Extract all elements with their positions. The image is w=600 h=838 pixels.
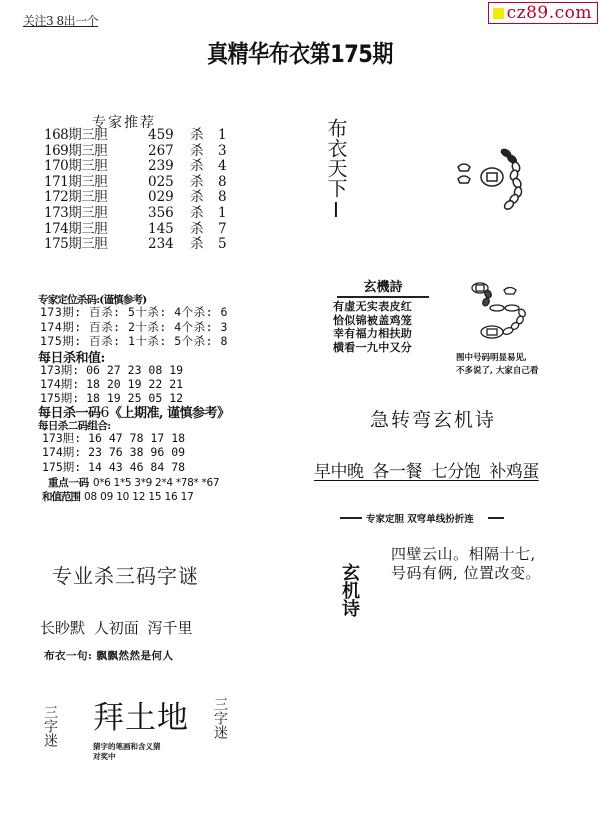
kill-label: 杀	[190, 190, 218, 206]
period: 172期三胆	[44, 190, 148, 206]
expert-dan-text: 专家定胆 双穹单线扮折连	[366, 511, 474, 525]
kill-value: 1	[218, 206, 227, 222]
sum-range-value: 08 09 10 12 15 16 17	[84, 491, 194, 503]
list-item: 174期: 23 76 38 96 09	[42, 445, 185, 459]
kill-value: 7	[218, 222, 227, 238]
period: 175期三胆	[44, 237, 148, 253]
period: 170期三胆	[44, 159, 148, 175]
key-one-code: 重点一码0*6 1*5 3*9 2*4 *78* *67	[48, 475, 219, 490]
list-item: 174期三胆145杀7	[44, 222, 227, 238]
expert-dan-line: 专家定胆 双穹单线扮折连	[340, 511, 504, 525]
nums: 459	[148, 128, 190, 144]
period: 173期三胆	[44, 206, 148, 222]
sum-range: 和值范围08 09 10 12 15 16 17	[42, 489, 194, 504]
nums: 356	[148, 206, 190, 222]
coin-chain-number-illustration	[470, 280, 540, 345]
buyi-line: 布衣一句: 飘飘然然是何人	[44, 648, 174, 663]
kill-label: 杀	[190, 175, 218, 191]
kill-value: 5	[218, 237, 227, 253]
nums: 029	[148, 190, 190, 206]
period: 171期三胆	[44, 175, 148, 191]
list-item: 169期三胆267杀3	[44, 144, 227, 160]
expert-recommend-list: 168期三胆459杀1 169期三胆267杀3 170期三胆239杀4 171期…	[44, 128, 227, 253]
period: 174期三胆	[44, 222, 148, 238]
position-kill-list: 173期: 百杀: 5十杀: 4个杀: 6 174期: 百杀: 2十杀: 4个杀…	[40, 305, 228, 349]
poem-line: 恰似锦被盖鸡笼	[333, 314, 433, 328]
list-item: 173胆: 16 47 78 17 18	[42, 431, 185, 445]
kill-label: 杀	[190, 159, 218, 175]
poem-line: 四壁云山。相隔十七,	[391, 545, 541, 564]
kill-value: 1	[218, 128, 227, 144]
sum-range-label: 和值范围	[42, 491, 80, 503]
nums: 234	[148, 237, 190, 253]
caption-line: 图中号码明显易见,	[456, 352, 538, 365]
list-item: 170期三胆239杀4	[44, 159, 227, 175]
ingot-coin-chain-illustration	[452, 137, 532, 217]
nums: 145	[148, 222, 190, 238]
key-one-value: 0*6 1*5 3*9 2*4 *78* *67	[93, 477, 219, 489]
kill-value: 8	[218, 190, 227, 206]
xuanjishi-poem: 四壁云山。相隔十七, 号码有俩, 位置改变。	[391, 545, 541, 583]
nums: 239	[148, 159, 190, 175]
key-one-label: 重点一码	[48, 477, 89, 489]
jizhuanwan-title: 急转弯玄机诗	[370, 405, 496, 432]
watermark-text: cz89.com	[507, 3, 592, 23]
list-item: 171期三胆025杀8	[44, 175, 227, 191]
nums: 267	[148, 144, 190, 160]
poem-line: 幸有福力相扶助	[333, 327, 433, 341]
big-riddle-word: 拜土地	[93, 692, 189, 737]
list-item: 173期: 百杀: 5十杀: 4个杀: 6	[40, 305, 228, 320]
kill-value: 3	[218, 144, 227, 160]
kill-label: 杀	[190, 128, 218, 144]
list-item: 174期: 18 20 19 22 21	[40, 377, 183, 391]
riddle-line: 长眇默 人初面 泻千里	[40, 617, 193, 638]
meal-riddle-line: 早中晚 各一餐 七分饱 补鸡蛋	[314, 457, 539, 482]
watermark-badge: cz89.com	[488, 2, 598, 24]
period: 169期三胆	[44, 144, 148, 160]
period: 168期三胆	[44, 128, 148, 144]
list-item: 172期三胆029杀8	[44, 190, 227, 206]
kill-label: 杀	[190, 237, 218, 253]
kill-label: 杀	[190, 222, 218, 238]
poem-line: 有虚无实表皮红	[333, 300, 433, 314]
buyi-tianxia-vertical: 布衣天下I	[325, 118, 347, 222]
divider	[488, 517, 504, 519]
caption-line: 不多说了, 大家自己看	[456, 365, 538, 378]
xuanji-title: 玄機詩	[337, 276, 429, 298]
poem-line: 号码有俩, 位置改变。	[391, 564, 541, 583]
nums: 025	[148, 175, 190, 191]
riddle-title: 专业杀三码字谜	[52, 560, 199, 589]
poem-line: 横看一九中又分	[333, 341, 433, 355]
daily-kill-one-note: 《上期准, 谨慎参考》	[109, 406, 230, 421]
list-item: 168期三胆459杀1	[44, 128, 227, 144]
kill-value: 4	[218, 159, 227, 175]
list-item: 175期: 14 43 46 84 78	[42, 460, 185, 474]
page-title: 真精华布衣第175期	[0, 36, 600, 71]
xuanjishi-vertical: 玄机诗	[336, 563, 362, 617]
riddle-hint: 猜字的笔画和含义猜对奖中	[93, 742, 163, 762]
kill-value: 8	[218, 175, 227, 191]
daily-kill-two-list: 173胆: 16 47 78 17 18 174期: 23 76 38 96 0…	[42, 431, 185, 474]
list-item: 175期三胆234杀5	[44, 237, 227, 253]
kill-label: 杀	[190, 144, 218, 160]
picture-caption: 图中号码明显易见, 不多说了, 大家自己看	[456, 352, 538, 378]
three-word-riddle-left: 三字迷	[42, 705, 57, 747]
divider	[340, 517, 362, 519]
xuanji-poem: 有虚无实表皮红 恰似锦被盖鸡笼 幸有福力相扶助 横看一九中又分	[333, 298, 433, 354]
follow-note: 关注3 8出一个	[23, 12, 98, 29]
daily-sum-kill-list: 173期: 06 27 23 08 19 174期: 18 20 19 22 2…	[40, 363, 183, 406]
list-item: 174期: 百杀: 2十杀: 4个杀: 3	[40, 320, 228, 335]
kill-label: 杀	[190, 206, 218, 222]
list-item: 173期: 06 27 23 08 19	[40, 363, 183, 377]
xuanji-poem-box: 玄機詩 有虚无实表皮红 恰似锦被盖鸡笼 幸有福力相扶助 横看一九中又分	[333, 276, 433, 354]
three-word-riddle-right: 三字迷	[212, 697, 227, 739]
list-item: 173期三胆356杀1	[44, 206, 227, 222]
yellow-square-icon	[493, 8, 504, 19]
